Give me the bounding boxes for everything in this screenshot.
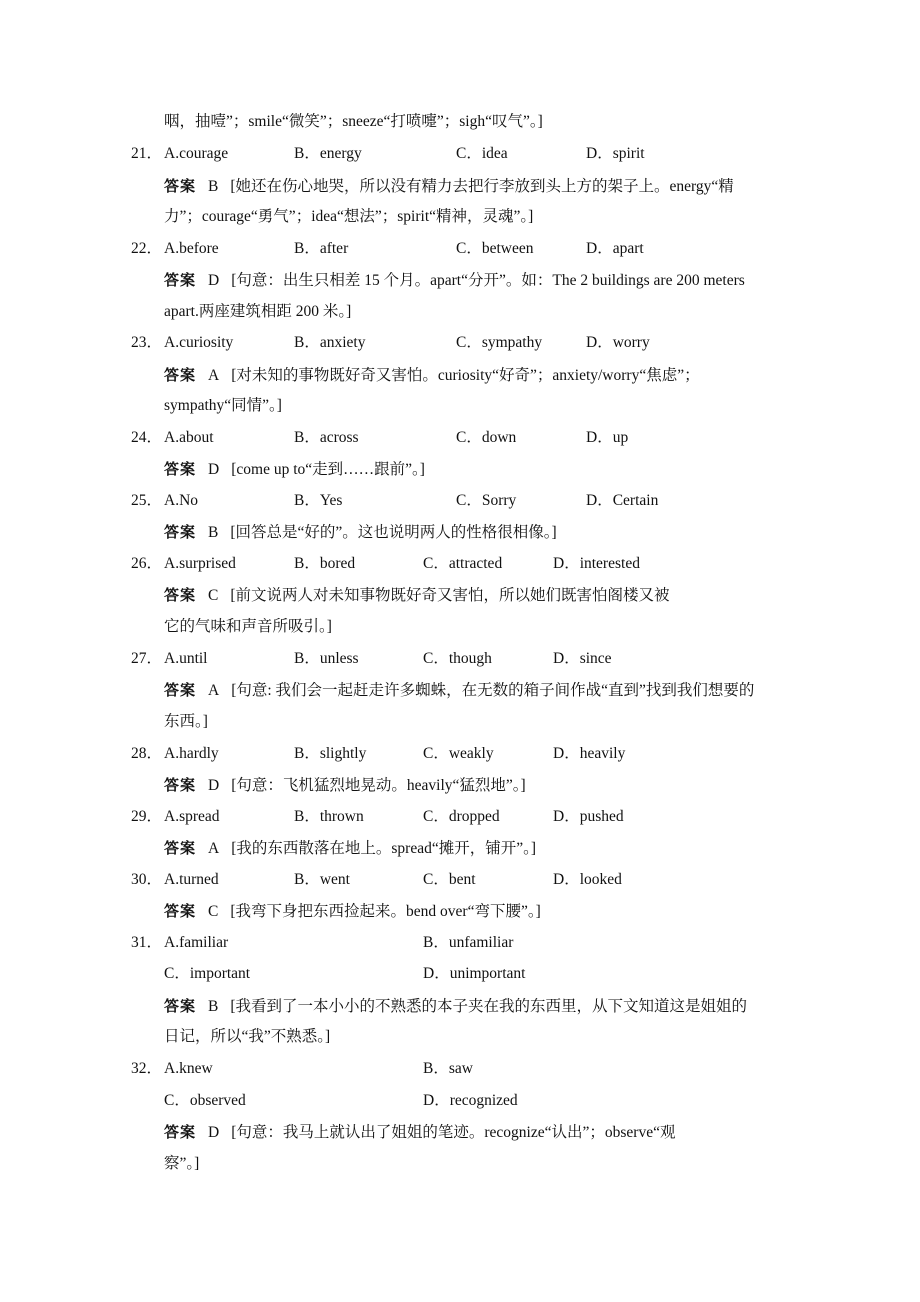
option-a: A.courage: [164, 143, 228, 165]
question-number: 32．: [131, 1058, 162, 1080]
answer-line: 答案D[come up to“走到……跟前”。]: [164, 458, 425, 480]
answer-explanation-cont: 它的气味和声音所吸引。]: [164, 616, 332, 638]
option-c: C．idea: [456, 143, 508, 165]
answer-label: 答案: [164, 177, 196, 195]
answer-explanation-cont: 东西。]: [164, 711, 208, 733]
option-d: D．looked: [553, 869, 622, 891]
answer-label: 答案: [164, 271, 196, 289]
option-d: D．spirit: [586, 143, 645, 165]
option-a: A.turned: [164, 869, 219, 891]
answer-letter: C: [208, 587, 218, 604]
answer-explanation: [她还在伤心地哭，所以没有精力去把行李放到头上方的架子上。energy“精: [230, 178, 733, 195]
option-c: C．down: [456, 427, 516, 449]
answer-label: 答案: [164, 366, 196, 384]
option-d: D．unimportant: [423, 963, 525, 985]
answer-explanation-cont: 力”；courage“勇气”；idea“想法”；spirit“精神，灵魂”。]: [164, 206, 533, 228]
answer-line: 答案D[句意：飞机猛烈地晃动。heavily“猛烈地”。]: [164, 774, 526, 796]
question-number: 23．: [131, 332, 162, 354]
answer-line: 答案D[句意：我马上就认出了姐姐的笔迹。recognize“认出”；observ…: [164, 1121, 675, 1143]
option-d: D．heavily: [553, 743, 625, 765]
answer-label: 答案: [164, 1123, 196, 1141]
option-c: C．important: [164, 963, 250, 985]
option-b: B．anxiety: [294, 332, 365, 354]
answer-explanation: [回答总是“好的”。这也说明两人的性格很相像。]: [230, 524, 556, 541]
option-b: B．unfamiliar: [423, 932, 513, 954]
option-b: B．thrown: [294, 806, 364, 828]
option-b: B．bored: [294, 553, 355, 575]
answer-label: 答案: [164, 460, 196, 478]
option-b: B．slightly: [294, 743, 366, 765]
option-c: C．Sorry: [456, 490, 516, 512]
answer-letter: A: [208, 682, 219, 699]
answer-line: 答案D[句意：出生只相差 15 个月。apart“分开”。如：The 2 bui…: [164, 269, 745, 291]
option-a: A.No: [164, 490, 198, 512]
answer-explanation-cont: 日记，所以“我”不熟悉。]: [164, 1026, 330, 1048]
answer-letter: D: [208, 1124, 219, 1141]
answer-explanation: [come up to“走到……跟前”。]: [231, 461, 425, 478]
option-c: C．attracted: [423, 553, 502, 575]
option-d: D．recognized: [423, 1090, 518, 1112]
answer-line: 答案C[前文说两人对未知事物既好奇又害怕，所以她们既害怕阁楼又被: [164, 584, 670, 606]
question-number: 22．: [131, 238, 162, 260]
option-d: D．pushed: [553, 806, 624, 828]
option-b: B．unless: [294, 648, 359, 670]
answer-explanation-cont: sympathy“同情”。]: [164, 395, 282, 417]
answer-explanation: [句意：出生只相差 15 个月。apart“分开”。如：The 2 buildi…: [231, 272, 745, 289]
answer-line: 答案B[回答总是“好的”。这也说明两人的性格很相像。]: [164, 521, 557, 543]
answer-letter: A: [208, 367, 219, 384]
answer-label: 答案: [164, 776, 196, 794]
answer-explanation: [句意：飞机猛烈地晃动。heavily“猛烈地”。]: [231, 777, 525, 794]
option-a: A.knew: [164, 1058, 213, 1080]
answer-letter: C: [208, 903, 218, 920]
answer-explanation: [前文说两人对未知事物既好奇又害怕，所以她们既害怕阁楼又被: [230, 587, 669, 604]
option-d: D．interested: [553, 553, 640, 575]
answer-letter: D: [208, 461, 219, 478]
answer-line: 答案A[句意: 我们会一起赶走许多蜘蛛，在无数的箱子间作战“直到”找到我们想要的: [164, 679, 754, 701]
answer-letter: D: [208, 777, 219, 794]
answer-letter: D: [208, 272, 219, 289]
option-b: B．across: [294, 427, 359, 449]
answer-letter: A: [208, 840, 219, 857]
answer-explanation: [我弯下身把东西捡起来。bend over“弯下腰”。]: [230, 903, 540, 920]
question-number: 31．: [131, 932, 162, 954]
option-a: A.until: [164, 648, 208, 670]
answer-line: 答案A[我的东西散落在地上。spread“摊开，铺开”。]: [164, 837, 536, 859]
option-b: B．energy: [294, 143, 362, 165]
question-number: 27．: [131, 648, 162, 670]
answer-label: 答案: [164, 681, 196, 699]
question-number: 26．: [131, 553, 162, 575]
option-c: C．dropped: [423, 806, 500, 828]
answer-letter: B: [208, 524, 218, 541]
answer-line: 答案B[她还在伤心地哭，所以没有精力去把行李放到头上方的架子上。energy“精: [164, 175, 734, 197]
option-c: C．observed: [164, 1090, 246, 1112]
option-a: A.hardly: [164, 743, 219, 765]
question-number: 21．: [131, 143, 162, 165]
option-a: A.familiar: [164, 932, 228, 954]
option-d: D．worry: [586, 332, 650, 354]
option-d: D．up: [586, 427, 628, 449]
answer-label: 答案: [164, 523, 196, 541]
answer-label: 答案: [164, 902, 196, 920]
answer-explanation: [我看到了一本小小的不熟悉的本子夹在我的东西里，从下文知道这是姐姐的: [230, 998, 747, 1015]
answer-explanation: [对未知的事物既好奇又害怕。curiosity“好奇”；anxiety/worr…: [231, 367, 699, 384]
option-b: B．saw: [423, 1058, 473, 1080]
option-c: C．between: [456, 238, 533, 260]
question-number: 24．: [131, 427, 162, 449]
continued-explanation-line: 咽，抽噎”；smile“微笑”；sneeze“打喷嚏”；sigh“叹气”。]: [164, 111, 543, 133]
option-a: A.surprised: [164, 553, 236, 575]
option-c: C．weakly: [423, 743, 494, 765]
answer-line: 答案B[我看到了一本小小的不熟悉的本子夹在我的东西里，从下文知道这是姐姐的: [164, 995, 747, 1017]
answer-letter: B: [208, 178, 218, 195]
question-number: 28．: [131, 743, 162, 765]
option-b: B．Yes: [294, 490, 342, 512]
option-d: D．since: [553, 648, 612, 670]
answer-line: 答案C[我弯下身把东西捡起来。bend over“弯下腰”。]: [164, 900, 541, 922]
question-number: 30．: [131, 869, 162, 891]
answer-explanation-cont: 察”。]: [164, 1153, 199, 1175]
answer-label: 答案: [164, 839, 196, 857]
document-page: 咽，抽噎”；smile“微笑”；sneeze“打喷嚏”；sigh“叹气”。] 2…: [0, 0, 920, 1302]
option-b: B．after: [294, 238, 348, 260]
answer-explanation-cont: apart.两座建筑相距 200 米。]: [164, 301, 351, 323]
answer-letter: B: [208, 998, 218, 1015]
option-b: B．went: [294, 869, 350, 891]
answer-line: 答案A[对未知的事物既好奇又害怕。curiosity“好奇”；anxiety/w…: [164, 364, 700, 386]
answer-explanation: [句意：我马上就认出了姐姐的笔迹。recognize“认出”；observe“观: [231, 1124, 675, 1141]
option-c: C．though: [423, 648, 492, 670]
option-d: D．Certain: [586, 490, 658, 512]
question-number: 25．: [131, 490, 162, 512]
answer-explanation: [句意: 我们会一起赶走许多蜘蛛，在无数的箱子间作战“直到”找到我们想要的: [231, 682, 754, 699]
question-number: 29．: [131, 806, 162, 828]
option-a: A.curiosity: [164, 332, 233, 354]
answer-label: 答案: [164, 586, 196, 604]
answer-label: 答案: [164, 997, 196, 1015]
option-a: A.before: [164, 238, 219, 260]
answer-explanation: [我的东西散落在地上。spread“摊开，铺开”。]: [231, 840, 536, 857]
option-a: A.about: [164, 427, 214, 449]
option-d: D．apart: [586, 238, 644, 260]
option-a: A.spread: [164, 806, 220, 828]
option-c: C．sympathy: [456, 332, 542, 354]
option-c: C．bent: [423, 869, 476, 891]
